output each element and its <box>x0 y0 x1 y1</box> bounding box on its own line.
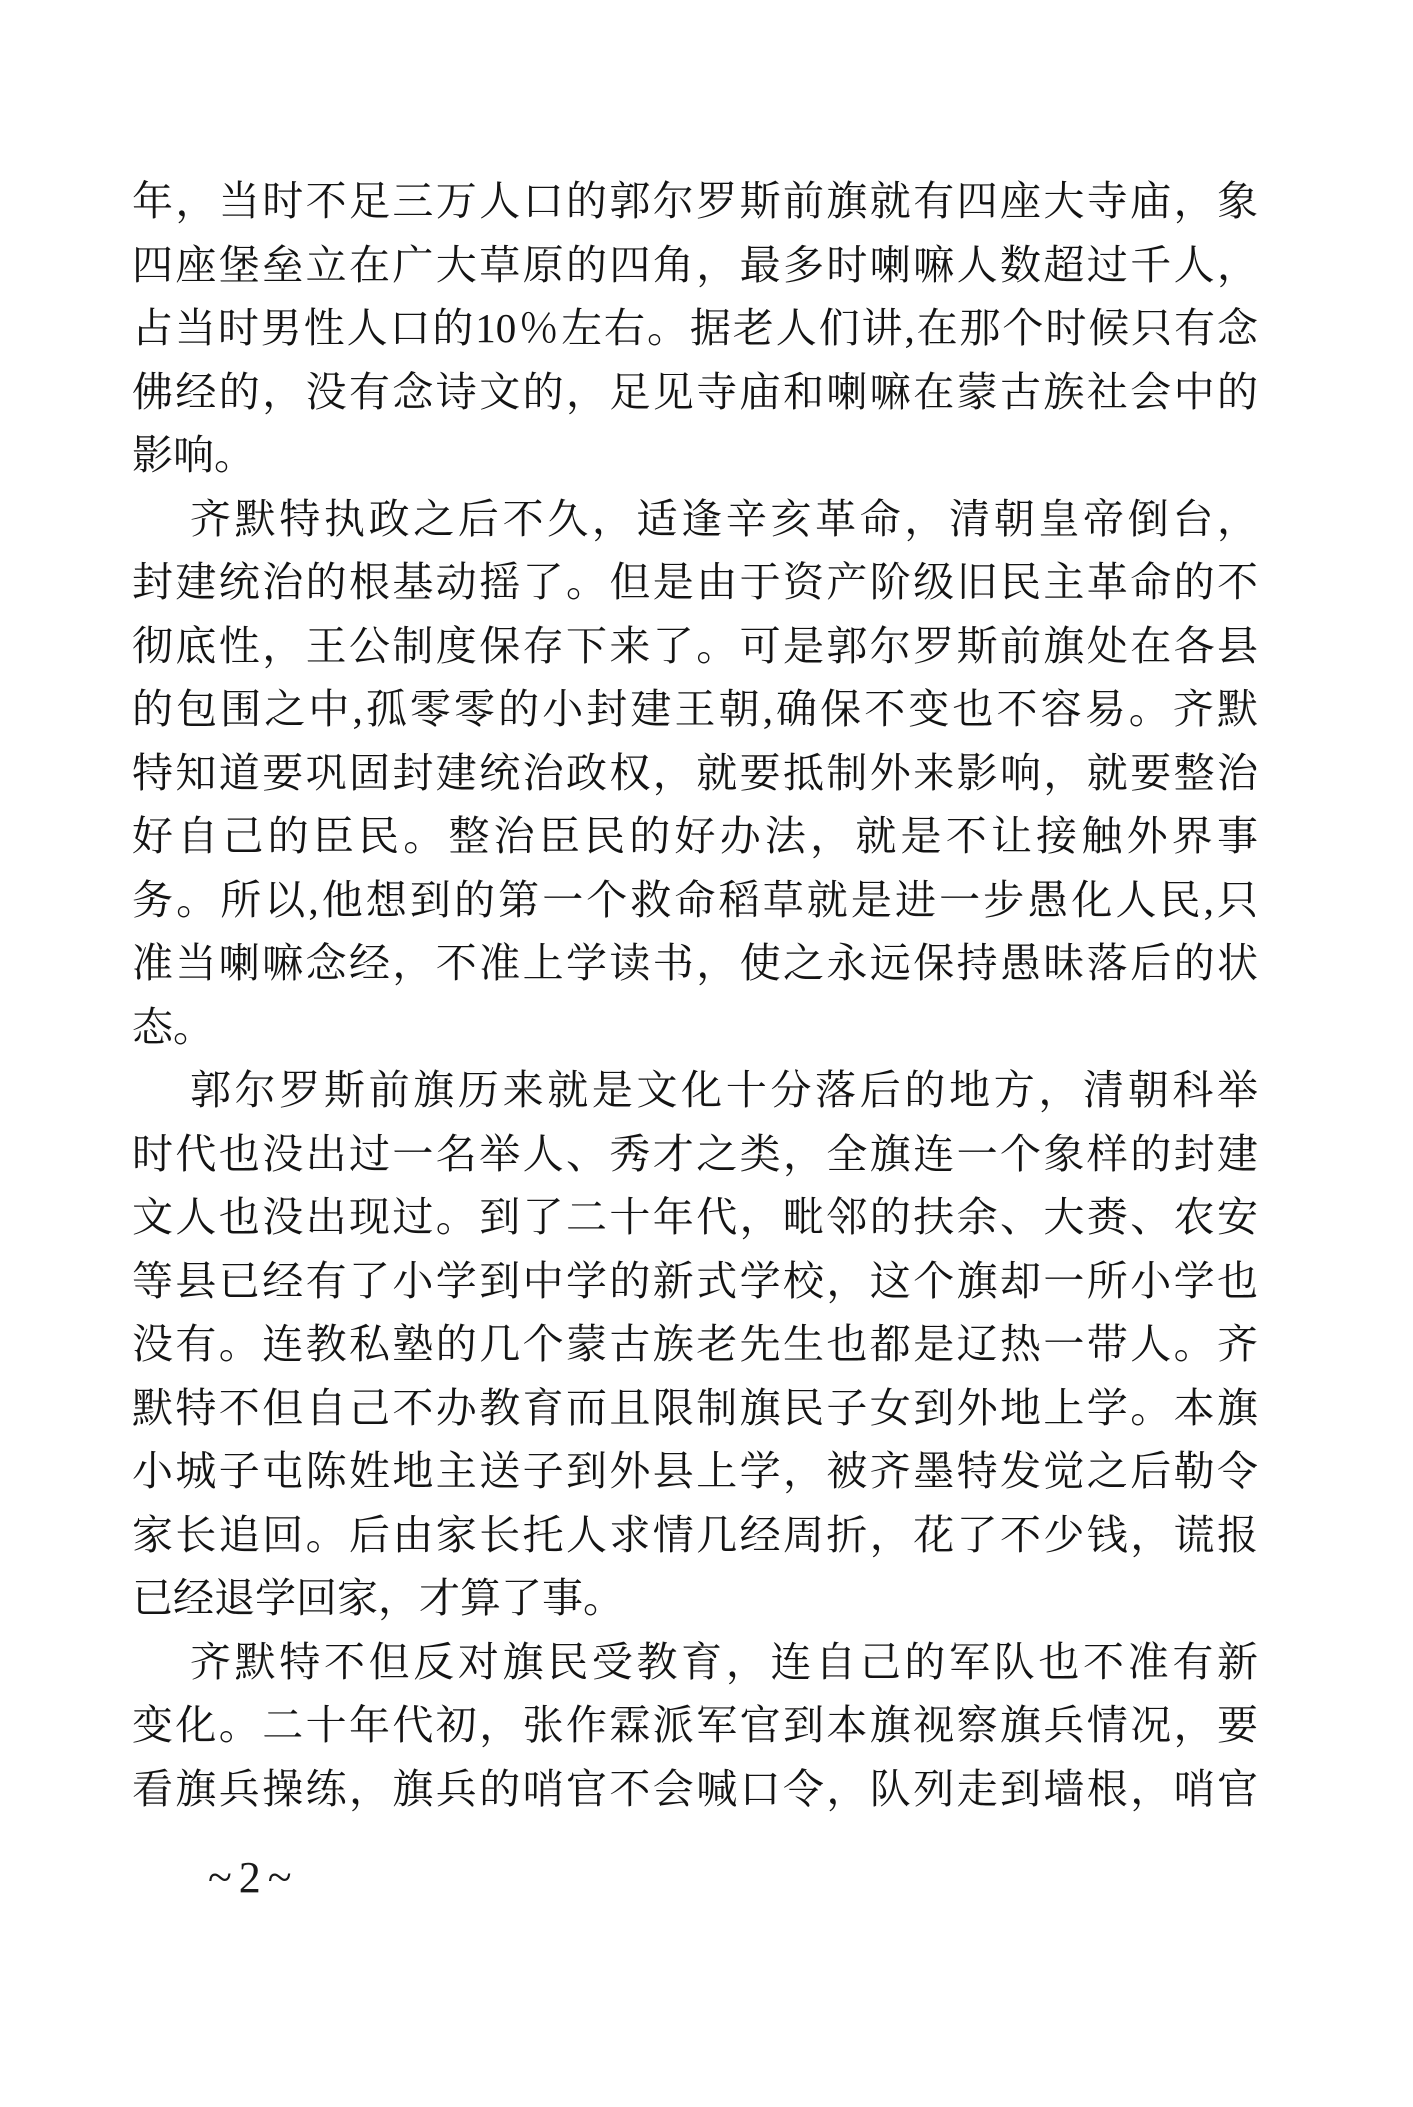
text-line: 齐默特执政之后不久，适逢辛亥革命，清朝皇帝倒台， <box>132 488 1258 552</box>
text-line: 佛经的，没有念诗文的，足见寺庙和喇嘛在蒙古族社会中的 <box>132 361 1258 425</box>
text-line: 变化。二十年代初，张作霖派军官到本旗视察旗兵情况，要 <box>132 1694 1258 1758</box>
text-line: 看旗兵操练，旗兵的哨官不会喊口令，队列走到墙根，哨官 <box>132 1758 1258 1822</box>
scanned-document-page: 年，当时不足三万人口的郭尔罗斯前旗就有四座大寺庙，象 四座堡垒立在广大草原的四角… <box>0 0 1413 2107</box>
text-line: 态。 <box>132 996 1258 1060</box>
text-line: 时代也没出过一名举人、秀才之类，全旗连一个象样的封建 <box>132 1123 1258 1187</box>
text-line: 好自己的臣民。整治臣民的好办法，就是不让接触外界事 <box>132 805 1258 869</box>
text-line: 彻底性，王公制度保存下来了。可是郭尔罗斯前旗处在各县 <box>132 615 1258 679</box>
text-line: 郭尔罗斯前旗历来就是文化十分落后的地方，清朝科举 <box>132 1059 1258 1123</box>
text-line: 的包围之中,孤零零的小封建王朝,确保不变也不容易。齐默 <box>132 678 1258 742</box>
text-line: 四座堡垒立在广大草原的四角，最多时喇嘛人数超过千人， <box>132 234 1258 298</box>
text-line: 已经退学回家，才算了事。 <box>132 1567 1258 1631</box>
text-line: 影响。 <box>132 424 1258 488</box>
text-line: 文人也没出现过。到了二十年代，毗邻的扶余、大赉、农安 <box>132 1186 1258 1250</box>
text-line: 特知道要巩固封建统治政权，就要抵制外来影响，就要整治 <box>132 742 1258 806</box>
text-line: 等县已经有了小学到中学的新式学校，这个旗却一所小学也 <box>132 1250 1258 1314</box>
page-number: ~2~ <box>208 1852 299 1903</box>
text-line: 小城子屯陈姓地主送子到外县上学，被齐墨特发觉之后勒令 <box>132 1440 1258 1504</box>
text-line: 占当时男性人口的10％左右。据老人们讲,在那个时候只有念 <box>132 297 1258 361</box>
text-line: 务。所以,他想到的第一个救命稻草就是进一步愚化人民,只 <box>132 869 1258 933</box>
text-line: 家长追回。后由家长托人求情几经周折，花了不少钱，谎报 <box>132 1504 1258 1568</box>
text-line: 年，当时不足三万人口的郭尔罗斯前旗就有四座大寺庙，象 <box>132 170 1258 234</box>
text-line: 没有。连教私塾的几个蒙古族老先生也都是辽热一带人。齐 <box>132 1313 1258 1377</box>
text-line: 齐默特不但反对旗民受教育，连自己的军队也不准有新 <box>132 1631 1258 1695</box>
text-line: 默特不但自己不办教育而且限制旗民子女到外地上学。本旗 <box>132 1377 1258 1441</box>
text-line: 封建统治的根基动摇了。但是由于资产阶级旧民主革命的不 <box>132 551 1258 615</box>
text-line: 准当喇嘛念经，不准上学读书，使之永远保持愚昧落后的状 <box>132 932 1258 996</box>
body-text: 年，当时不足三万人口的郭尔罗斯前旗就有四座大寺庙，象 四座堡垒立在广大草原的四角… <box>132 170 1258 1821</box>
